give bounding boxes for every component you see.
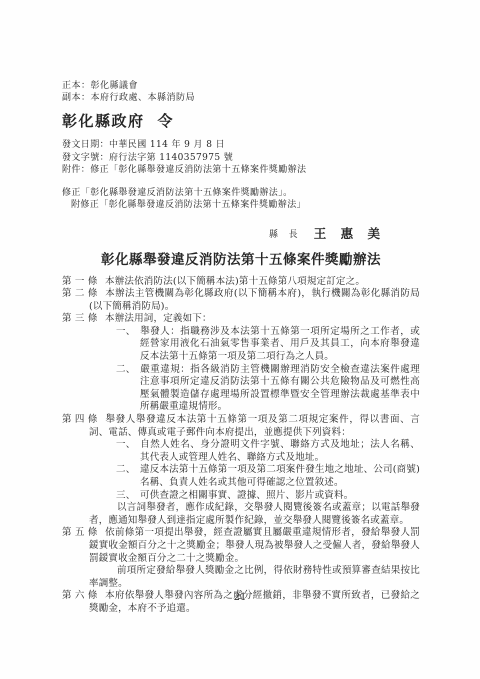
signer-title: 縣 長 [269, 230, 302, 240]
distribution-original: 正本：彰化縣議會 [62, 80, 420, 92]
signature-block: 縣 長 王 惠 美 [62, 223, 420, 242]
article-4-paragraph: 以言詞舉發者，應作成紀錄，交舉發人閱覽後簽名或蓋章；以電話舉發者，應通知舉發人到… [62, 502, 420, 527]
item-text: 嚴重違規：指各級消防主管機關辦理消防安全檢查違法案件處理注意事項所定違反消防法第… [140, 364, 420, 413]
article-4-label: 第 四 條 [62, 414, 105, 427]
order-type: 令 [158, 112, 175, 130]
subject-line-2: 附修正「彰化縣舉發違反消防法第十五條案件獎勵辦法」 [62, 199, 420, 212]
article-4: 第 四 條舉發人舉發違反本法第十五條第一項及第二項規定案件，得以書面、言詞、電話… [62, 414, 420, 439]
article-2-body: 本辦法主管機關為彰化縣政府(以下簡稱本府)，執行機關為彰化縣消防局(以下簡稱消防… [89, 288, 420, 312]
article-3-item-1: 一、舉發人：指職務涉及本法第十五條第一項所定場所之工作者，或經營家用液化石油氣零… [62, 326, 420, 364]
article-1-label: 第 一 條 [62, 276, 105, 289]
document-page: 正本：彰化縣議會 副本：本府行政處、本縣消防局 彰化縣政府令 發文日期：中華民國… [0, 0, 480, 679]
article-5-label: 第 五 條 [62, 527, 105, 540]
attachment-line: 附件：修正「彰化縣舉發違反消防法第十五條案件獎勵辦法 [62, 164, 420, 177]
item-marker: 一、 [116, 439, 140, 452]
article-2-label: 第 二 條 [62, 288, 105, 301]
issue-date-line: 發文日期：中華民國 114 年 9 月 8 日 [62, 139, 420, 152]
article-4-body: 舉發人舉發違反本法第十五條第一項及第二項規定案件，得以書面、言詞、電話、傳真或電… [89, 414, 420, 438]
article-3-item-2: 二、嚴重違規：指各級消防主管機關辦理消防安全檢查違法案件處理注意事項所定違反消防… [62, 364, 420, 414]
article-2: 第 二 條本辦法主管機關為彰化縣政府(以下簡稱本府)，執行機關為彰化縣消防局(以… [62, 288, 420, 313]
article-4-item-2: 二、違反本法第十五條第一項及第二項案件發生地之地址、公司(商號)名稱、負責人姓名… [62, 464, 420, 489]
article-3: 第 三 條本辦法用詞，定義如下： [62, 313, 420, 326]
item-marker: 二、 [116, 364, 140, 377]
order-heading: 彰化縣政府令 [62, 111, 420, 131]
articles-block: 第 一 條本辦法依消防法(以下簡稱本法)第十五條第八項規定訂定之。 第 二 條本… [62, 276, 420, 616]
agency-name: 彰化縣政府 [62, 112, 145, 130]
doc-number-line: 發文字號：府行法字第 1140357975 號 [62, 152, 420, 165]
document-content: 正本：彰化縣議會 副本：本府行政處、本縣消防局 彰化縣政府令 發文日期：中華民國… [62, 80, 420, 616]
distribution-copy: 副本：本府行政處、本縣消防局 [62, 92, 420, 104]
article-3-body: 本辦法用詞，定義如下： [105, 313, 212, 324]
item-marker: 三、 [116, 490, 140, 503]
item-text: 自然人姓名、身分證明文件字號、聯絡方式及地址；法人名稱、其代表人或管理人姓名、聯… [140, 439, 420, 463]
article-3-label: 第 三 條 [62, 313, 105, 326]
item-marker: 二、 [116, 464, 140, 477]
signer-name: 王 惠 美 [314, 226, 385, 241]
regulation-title: 彰化縣舉發違反消防法第十五條案件獎勵辦法 [62, 251, 420, 269]
article-1: 第 一 條本辦法依消防法(以下簡稱本法)第十五條第八項規定訂定之。 [62, 276, 420, 289]
article-5-body: 依前條第一項提出舉發，經查證屬實且屬嚴重違規情形者，發給舉發人罰鍰實收金額百分之… [89, 527, 420, 563]
article-5: 第 五 條依前條第一項提出舉發，經查證屬實且屬嚴重違規情形者，發給舉發人罰鍰實收… [62, 527, 420, 565]
distribution-block: 正本：彰化縣議會 副本：本府行政處、本縣消防局 [62, 80, 420, 104]
item-text: 舉發人：指職務涉及本法第十五條第一項所定場所之工作者，或經營家用液化石油氣零售事… [140, 326, 420, 362]
item-marker: 一、 [116, 326, 140, 339]
subject-line-1: 修正「彰化縣舉發違反消防法第十五條案件獎勵辦法」。 [62, 187, 420, 200]
article-4-item-1: 一、自然人姓名、身分證明文件字號、聯絡方式及地址；法人名稱、其代表人或管理人姓名… [62, 439, 420, 464]
article-1-body: 本辦法依消防法(以下簡稱本法)第十五條第八項規定訂定之。 [105, 276, 365, 287]
meta-block: 發文日期：中華民國 114 年 9 月 8 日 發文字號：府行法字第 11403… [62, 139, 420, 177]
page-number: 21 [0, 592, 480, 603]
article-5-paragraph: 前項所定發給舉發人獎勵金之比例，得依財務特性或預算審查結果按比率調整。 [62, 565, 420, 590]
item-text: 違反本法第十五條第一項及第二項案件發生地之地址、公司(商號)名稱、負責人姓名或其… [140, 464, 420, 488]
article-4-item-3: 三、可供查證之相關事實、證據、照片、影片或資料。 [62, 490, 420, 503]
subject-block: 修正「彰化縣舉發違反消防法第十五條案件獎勵辦法」。 附修正「彰化縣舉發違反消防法… [62, 187, 420, 212]
item-text: 可供查證之相關事實、證據、照片、影片或資料。 [140, 490, 353, 501]
